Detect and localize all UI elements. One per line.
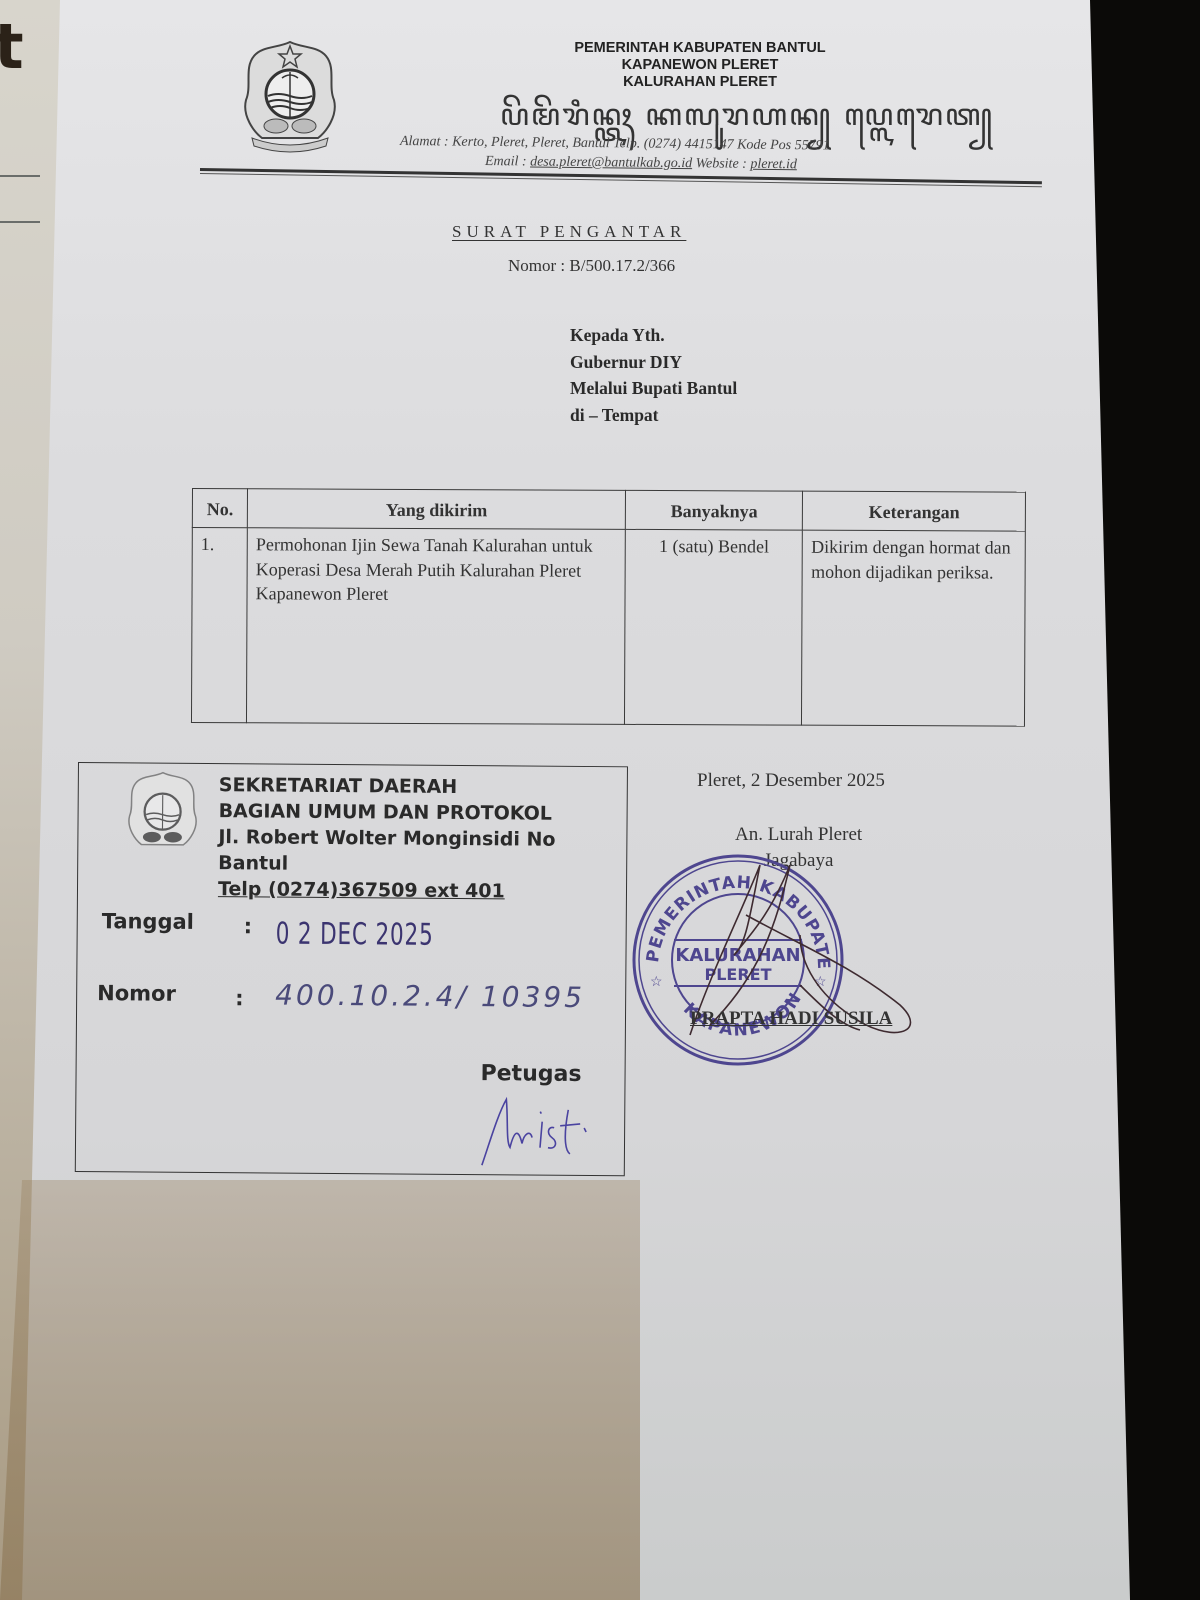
- website-link[interactable]: pleret.id: [750, 157, 797, 172]
- email-link[interactable]: desa.pleret@bantulkab.go.id: [530, 154, 692, 171]
- letterhead-contact: Email : desa.pleret@bantulkab.go.id Webs…: [485, 154, 797, 173]
- recipient-line: Melalui Bupati Bantul: [570, 375, 737, 402]
- receipt-phone: Telp (0274)367509 ext 401: [218, 876, 626, 905]
- cell-no: 1.: [191, 528, 247, 723]
- number-colon: :: [235, 986, 244, 1010]
- letterhead-line: KAPANEWON PLERET: [480, 57, 920, 74]
- letterhead-line: PEMERINTAH KABUPATEN BANTUL: [480, 40, 920, 57]
- column-header-note: Keterangan: [803, 491, 1026, 531]
- officer-label: Petugas: [480, 1061, 581, 1087]
- column-header-no: No.: [192, 489, 247, 528]
- email-label: Email :: [485, 154, 530, 169]
- letterhead-title: PEMERINTAH KABUPATEN BANTUL KAPANEWON PL…: [480, 40, 920, 91]
- receipt-line: Jl. Robert Wolter Monginsidi No Bantul: [218, 824, 626, 879]
- date-label: Tanggal: [102, 909, 194, 934]
- column-header-quantity: Banyaknya: [625, 490, 803, 530]
- receipt-line: SEKRETARIAT DAERAH: [219, 772, 627, 801]
- officer-signature-icon: [476, 1091, 607, 1172]
- background-line: [0, 221, 40, 223]
- letterhead-line: KALURAHAN PLERET: [480, 74, 920, 91]
- recipient-line: di – Tempat: [570, 402, 737, 429]
- photo-shadow: [0, 1180, 640, 1600]
- document-number: Nomor : B/500.17.2/366: [508, 256, 675, 276]
- cell-quantity: 1 (satu) Bendel: [625, 529, 803, 725]
- kabupaten-emblem-icon: [240, 38, 340, 158]
- kabupaten-emblem-icon: [124, 769, 201, 860]
- date-stamp-value: 0 2 DEC 2025: [276, 917, 434, 953]
- cell-item: Permohonan Ijin Sewa Tanah Kalurahan unt…: [247, 528, 626, 725]
- recipient-block: Kepada Yth. Gubernur DIY Melalui Bupati …: [570, 322, 737, 428]
- receipt-stamp: SEKRETARIAT DAERAH BAGIAN UMUM DAN PROTO…: [75, 762, 628, 1176]
- date-colon: :: [244, 914, 253, 938]
- table-header-row: No. Yang dikirim Banyaknya Keterangan: [192, 489, 1025, 532]
- recipient-line: Kepada Yth.: [570, 322, 737, 349]
- cell-note: Dikirim dengan hormat dan mohon dijadika…: [802, 530, 1025, 726]
- handwritten-number: 400.10.2.4/ 10395: [275, 979, 585, 1014]
- recipient-line: Gubernur DIY: [570, 349, 737, 376]
- number-label: Nomor: [97, 981, 176, 1006]
- receipt-header: SEKRETARIAT DAERAH BAGIAN UMUM DAN PROTO…: [218, 772, 627, 905]
- column-header-item: Yang dikirim: [247, 489, 625, 530]
- signer-name: PRAPTA HADI SUSILA: [690, 1008, 892, 1030]
- background-print-fragment: t: [0, 10, 24, 83]
- table-row: 1. Permohonan Ijin Sewa Tanah Kalurahan …: [191, 528, 1025, 727]
- items-table: No. Yang dikirim Banyaknya Keterangan 1.…: [191, 488, 1026, 727]
- background-line: [0, 175, 40, 177]
- on-behalf-line: An. Lurah Pleret: [735, 822, 862, 848]
- document-title: SURAT PENGANTAR: [452, 222, 686, 242]
- place-date: Pleret, 2 Desember 2025: [697, 770, 885, 792]
- receipt-line: BAGIAN UMUM DAN PROTOKOL: [219, 798, 627, 827]
- website-label: Website :: [692, 156, 750, 172]
